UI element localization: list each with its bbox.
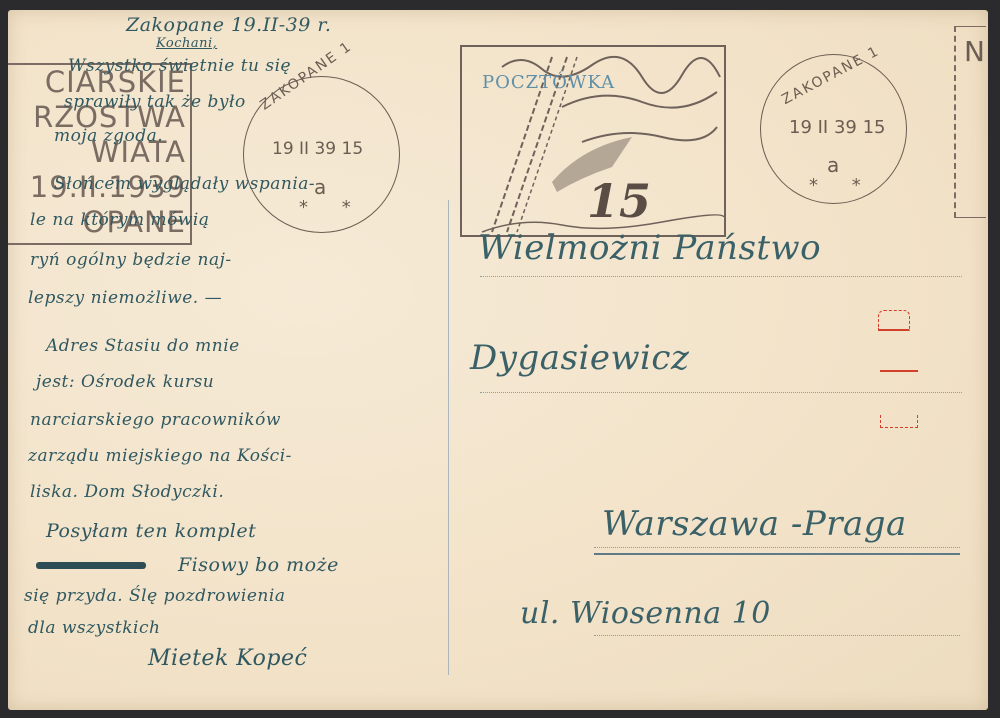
postmark-letter: a bbox=[314, 175, 326, 199]
message-header: Zakopane 19.II-39 r. bbox=[126, 14, 331, 36]
edge-cancellation-fragment: N bbox=[954, 26, 986, 218]
postcard: CIARSKIE RZOSTWA WIATA 19.II.1939 OPANE … bbox=[8, 10, 988, 710]
address-line-3: Warszawa -Praga bbox=[602, 504, 907, 544]
postmark-stars: * * bbox=[299, 197, 365, 218]
address-line-1: Wielmożni Państwo bbox=[478, 228, 821, 268]
message-line: moja zgoda. bbox=[54, 126, 163, 146]
postmark-stars: * * bbox=[809, 175, 875, 196]
postmark-letter: a bbox=[827, 153, 839, 177]
struck-out-word bbox=[36, 562, 146, 569]
edge-letter: N bbox=[964, 35, 985, 68]
stamp-value: 15 bbox=[587, 174, 651, 228]
message-line: jest: Ośrodek kursu bbox=[36, 372, 214, 392]
postmark-date: 19 II 39 15 bbox=[272, 139, 363, 159]
address-city-underline bbox=[594, 553, 960, 555]
message-line: liska. Dom Słodyczki. bbox=[30, 482, 224, 502]
card-type-label: POCZTÓWKA bbox=[482, 72, 615, 93]
message-line: narciarskiego pracowników bbox=[30, 410, 281, 430]
message-line: się przyda. Ślę pozdrowienia bbox=[24, 586, 285, 606]
message-line: Słońcem wyglądały wspania- bbox=[54, 174, 315, 194]
message-line: Wszystko świetnie tu się bbox=[68, 56, 291, 76]
address-dotted-line bbox=[480, 392, 962, 393]
address-dotted-line bbox=[480, 276, 962, 277]
message-line: lepszy niemożliwe. — bbox=[28, 288, 222, 308]
address-line-4: ul. Wiosenna 10 bbox=[520, 596, 771, 631]
message-line: le na którym mówią bbox=[30, 210, 210, 230]
message-line: sprawiły tak że było bbox=[64, 92, 246, 112]
address-dotted-line bbox=[594, 635, 960, 636]
message-line: Adres Stasiu do mnie bbox=[46, 336, 240, 356]
address-line-2: Dygasiewicz bbox=[470, 338, 689, 378]
message-line: zarządu miejskiego na Kości- bbox=[28, 446, 292, 466]
postmark-left: ZAKOPANE 1 19 II 39 15 a * * bbox=[243, 76, 400, 233]
signature: Mietek Kopeć bbox=[148, 646, 307, 671]
red-mark bbox=[880, 415, 918, 428]
card-divider bbox=[448, 200, 449, 675]
message-line: dla wszystkich bbox=[28, 618, 160, 638]
red-mark bbox=[878, 310, 910, 331]
address-dotted-line bbox=[594, 547, 960, 548]
red-mark bbox=[880, 370, 918, 372]
postmark-right: ZAKOPANE 1 19 II 39 15 a * * bbox=[760, 54, 907, 204]
message-line: ryń ogólny będzie naj- bbox=[30, 250, 232, 270]
postmark-place: ZAKOPANE 1 bbox=[779, 43, 882, 108]
postmark-date: 19 II 39 15 bbox=[789, 117, 886, 138]
message-line: Posyłam ten komplet bbox=[46, 520, 256, 542]
message-salutation: Kochani, bbox=[156, 36, 217, 51]
message-line: Fisowy bo może bbox=[178, 554, 339, 576]
